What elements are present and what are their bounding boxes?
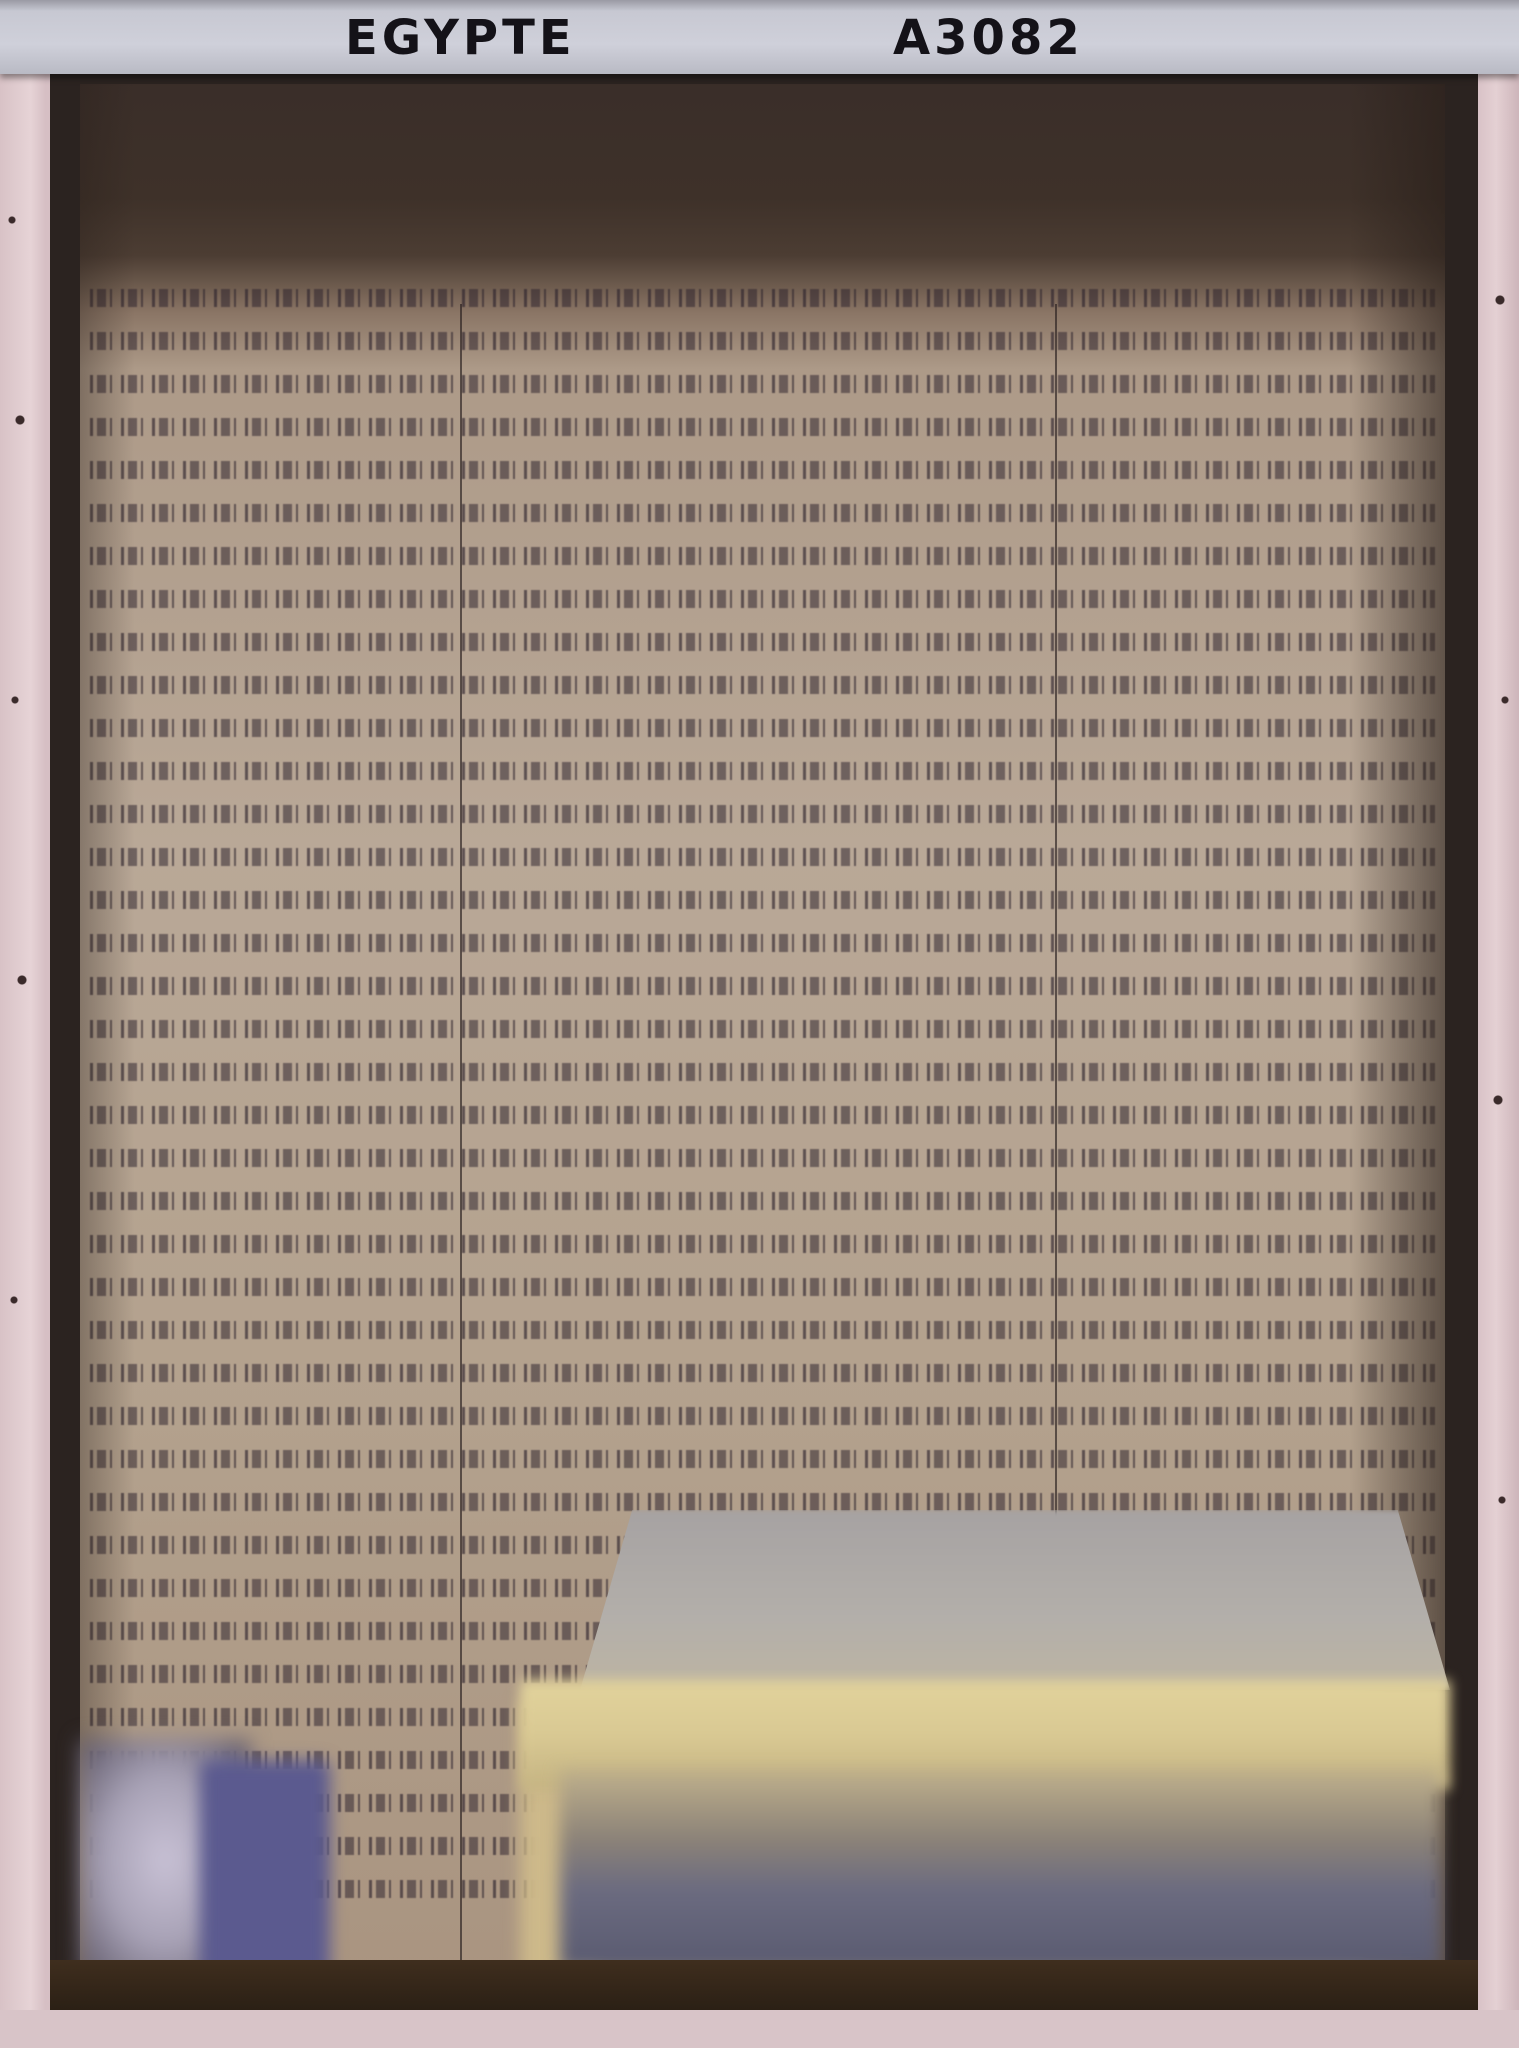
text-line <box>90 1063 1435 1081</box>
text-line <box>90 1149 1435 1167</box>
text-line <box>90 1192 1435 1210</box>
text-line <box>90 1020 1435 1038</box>
text-line <box>90 1106 1435 1124</box>
autochrome-photograph: EGYPTE A3082 <box>0 0 1519 2048</box>
text-line <box>90 1321 1435 1339</box>
catalog-label-strip: EGYPTE A3082 <box>0 0 1519 74</box>
text-line <box>90 1235 1435 1253</box>
text-line <box>90 633 1435 651</box>
text-line <box>90 461 1435 479</box>
mat-bottom-shadow <box>50 1960 1478 2010</box>
display-case-body <box>560 1770 1440 1970</box>
text-line <box>90 418 1435 436</box>
display-case-roof <box>580 1510 1450 1690</box>
text-line <box>90 1407 1435 1425</box>
text-line <box>90 891 1435 909</box>
text-line <box>90 848 1435 866</box>
text-line <box>90 676 1435 694</box>
blurred-blue-object <box>200 1760 330 1990</box>
text-line <box>90 332 1435 350</box>
text-line <box>90 977 1435 995</box>
text-line <box>90 719 1435 737</box>
frame-bottom-edge <box>0 2010 1519 2048</box>
text-line <box>90 805 1435 823</box>
label-catalog-number: A3082 <box>893 10 1084 66</box>
text-line <box>90 375 1435 393</box>
text-line <box>90 1450 1435 1468</box>
text-line <box>90 547 1435 565</box>
text-line <box>90 289 1435 307</box>
text-line <box>90 504 1435 522</box>
text-line <box>90 934 1435 952</box>
label-country: EGYPTE <box>345 10 576 66</box>
text-line <box>90 1278 1435 1296</box>
text-line <box>90 762 1435 780</box>
text-line <box>90 1493 1435 1511</box>
text-line <box>90 590 1435 608</box>
text-line <box>90 1364 1435 1382</box>
